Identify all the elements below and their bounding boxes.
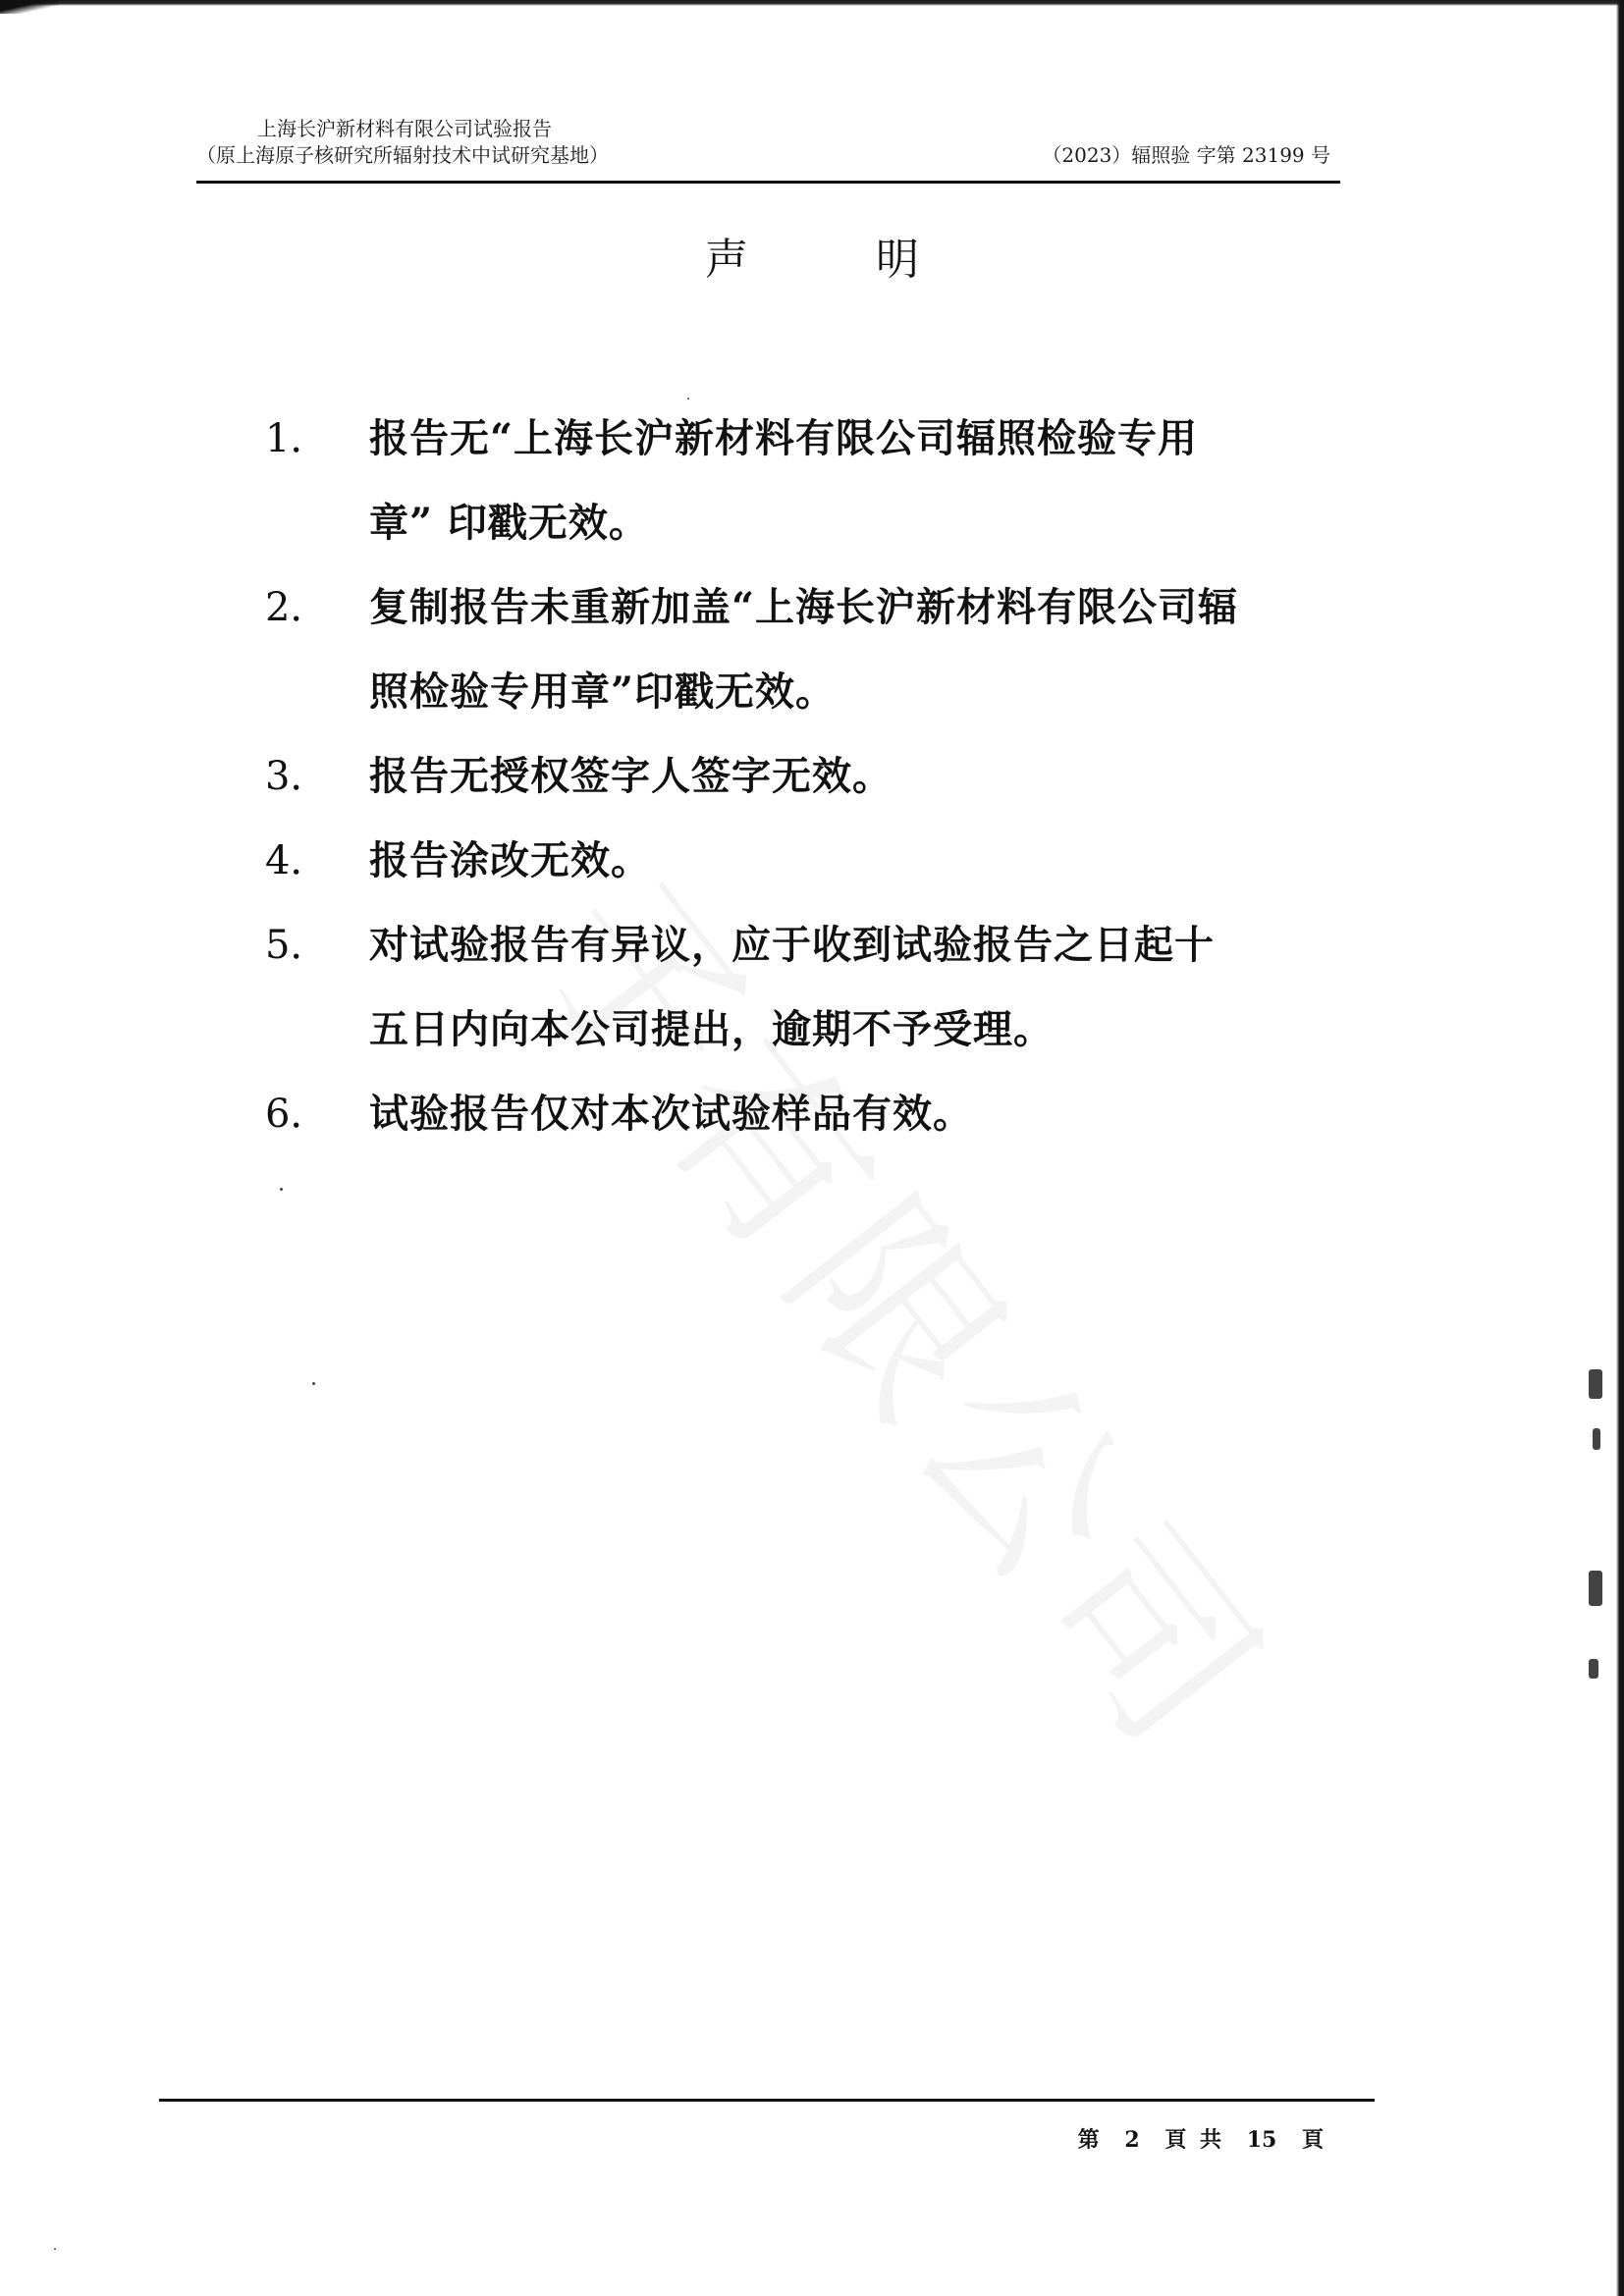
seal-fragment <box>1589 1571 1602 1606</box>
footer-divider <box>159 2099 1375 2102</box>
statement-number: 2． <box>265 565 353 650</box>
statement-item: 5． 对试验报告有异议，应于收到试验报告之日起十五日内向本公司提出，逾期不予受理… <box>265 903 1296 1072</box>
page-title: 声明 <box>0 224 1624 287</box>
header-divider <box>196 181 1340 184</box>
seal-fragment <box>1593 1428 1600 1450</box>
scan-speck <box>312 1382 315 1385</box>
page-indicator: 第 2 頁 共 15 頁 <box>1072 2123 1329 2154</box>
header-former-name: （原上海原子核研究所辐射技术中试研究基地） <box>196 142 609 169</box>
statement-item: 3． 报告无授权签字人签字无效。 <box>265 734 1296 819</box>
statement-item: 2． 复制报告未重新加盖“上海长沪新材料有限公司辐照检验专用章”印戳无效。 <box>265 565 1296 734</box>
statement-item: 6． 试验报告仅对本次试验样品有效。 <box>265 1072 1296 1156</box>
page-suffix: 頁 <box>1302 2127 1324 2153</box>
scan-border-right <box>1616 0 1624 2296</box>
statement-text: 复制报告未重新加盖“上海长沪新材料有限公司辐照检验专用章”印戳无效。 <box>369 565 1253 734</box>
seal-fragment <box>1589 1659 1598 1679</box>
total-pages: 15 <box>1247 2127 1277 2153</box>
statement-list: 1． 报告无“上海长沪新材料有限公司辐照检验专用章” 印戳无效。 2． 复制报告… <box>265 397 1296 1156</box>
statement-text: 试验报告仅对本次试验样品有效。 <box>369 1072 1253 1156</box>
scan-speck <box>280 1188 283 1191</box>
current-page: 2 <box>1124 2127 1139 2153</box>
statement-item: 4． 报告涂改无效。 <box>265 819 1296 903</box>
scan-speck <box>687 398 689 400</box>
page-prefix: 第 <box>1078 2127 1100 2153</box>
scan-corner-shadow <box>0 0 59 14</box>
report-number: （2023）辐照验 字第 23199 号 <box>1042 142 1330 169</box>
statement-text: 报告无“上海长沪新材料有限公司辐照检验专用章” 印戳无效。 <box>369 397 1253 565</box>
page-mid: 頁 共 <box>1164 2127 1221 2153</box>
statement-item: 1． 报告无“上海长沪新材料有限公司辐照检验专用章” 印戳无效。 <box>265 397 1296 565</box>
statement-text: 报告涂改无效。 <box>369 819 1253 903</box>
report-header: 上海长沪新材料有限公司试验报告 （原上海原子核研究所辐射技术中试研究基地） （2… <box>196 116 1340 185</box>
statement-text: 报告无授权签字人签字无效。 <box>369 734 1253 819</box>
seal-fragment <box>1589 1369 1602 1399</box>
statement-number: 6． <box>265 1072 353 1156</box>
statement-number: 5． <box>265 903 353 988</box>
scan-speck <box>54 2248 56 2250</box>
statement-text: 对试验报告有异议，应于收到试验报告之日起十五日内向本公司提出，逾期不予受理。 <box>369 903 1253 1072</box>
statement-number: 4． <box>265 819 353 903</box>
statement-number: 3． <box>265 734 353 819</box>
header-company-block: 上海长沪新材料有限公司试验报告 （原上海原子核研究所辐射技术中试研究基地） <box>196 116 609 169</box>
scan-border-top <box>0 0 1624 6</box>
statement-number: 1． <box>265 397 353 481</box>
header-company-name: 上海长沪新材料有限公司试验报告 <box>196 116 609 142</box>
